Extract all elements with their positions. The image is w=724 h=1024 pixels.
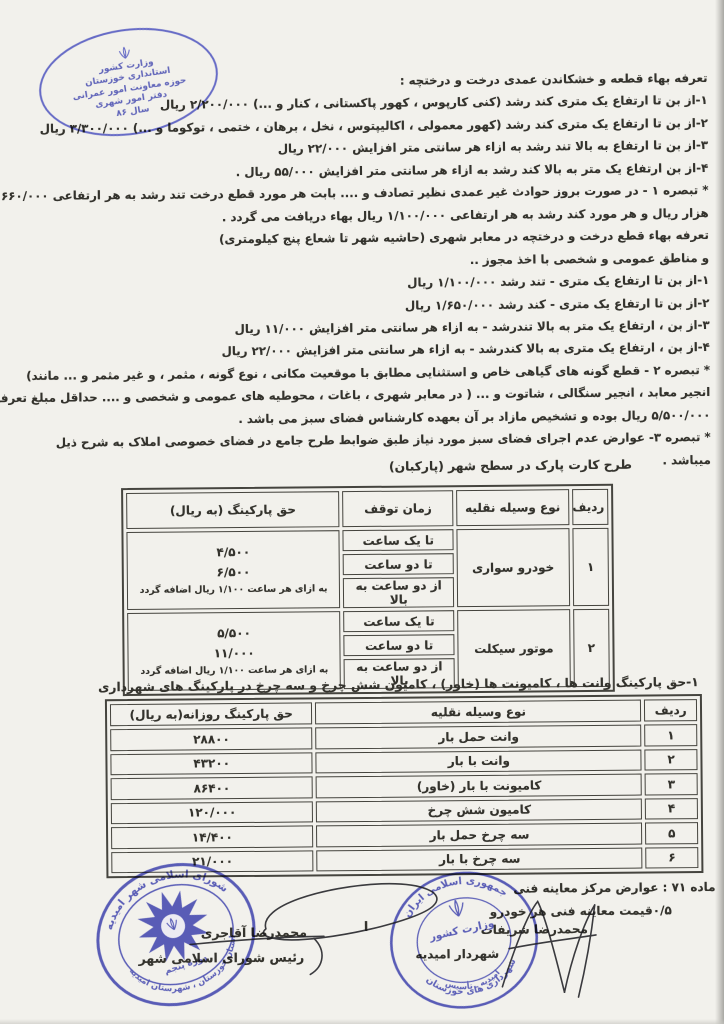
fee-note: به ازای هر ساعت ۱/۱۰۰ ریال اضافه گردد	[132, 662, 338, 680]
vehicle-cell: کامیونت با بار (خاور)	[316, 774, 642, 798]
row-number-cell: ۱	[645, 724, 698, 746]
time-cell: از دو ساعت به بالا	[343, 577, 454, 608]
vehicle-cell: وانت با بار	[316, 749, 642, 773]
fee-cell: ۲۸۸۰۰	[110, 727, 313, 750]
scan-edge-right	[715, 0, 724, 1024]
header-cell: ردیف	[644, 699, 697, 721]
table-header-row: ردیف نوع وسیله نقلیه حق پارکینگ روزانه(ب…	[110, 699, 697, 726]
header-cell: ردیف	[572, 489, 609, 525]
fee-cell: ۴۳۲۰۰	[110, 752, 313, 775]
row-number-cell: ۱	[572, 528, 609, 606]
row-number-cell: ۶	[646, 847, 699, 869]
time-cell: تا یک ساعت	[344, 610, 455, 632]
vehicle-cell: کامیون شش چرخ	[316, 798, 642, 822]
row-number-cell: ۲	[645, 749, 698, 771]
table-row: ۲ وانت با بار ۴۳۲۰۰	[110, 749, 697, 776]
time-cell: تا یک ساعت	[343, 529, 454, 551]
table-row: ۳ کامیونت با بار (خاور) ۸۶۴۰۰	[111, 773, 698, 800]
mayor-signature	[578, 905, 596, 997]
municipality-round-stamp: جمهوری اسلامی ایران وزارت کشور شهرداری ه…	[374, 854, 553, 1024]
council-stamp-term-text: دوره پنجم	[163, 953, 209, 977]
row-number-cell: ۳	[645, 773, 698, 795]
fee-cell: ۱۲۰/۰۰۰	[111, 801, 314, 824]
fee-hour2: ۶/۵۰۰	[131, 561, 337, 583]
table-row: ۱ خودرو سواری تا یک ساعت ۴/۵۰۰ ۶/۵۰۰ به …	[126, 528, 608, 553]
header-cell: حق پارکینگ (به ریال)	[126, 491, 340, 529]
article-71-line: ماده ۷۱ : عوارض مرکز معاینه فنی	[513, 880, 715, 896]
iran-emblem-icon	[448, 899, 465, 918]
table-header-row: ردیف نوع وسیله نقلیه زمان توقف حق پارکین…	[126, 489, 608, 529]
vehicle-cell: سه چرخ حمل بار	[316, 823, 642, 847]
fee-hour1: ۵/۵۰۰	[131, 622, 337, 644]
parking-card-table-title: طرح کارت پارک در سطح شهر (پارکبان)	[389, 458, 632, 474]
table-row: ۵ سه چرخ حمل بار ۱۴/۴۰۰	[111, 822, 698, 849]
council-head-signature	[310, 938, 322, 974]
time-cell: تا دو ساعت	[343, 553, 454, 575]
fee-note: به ازای هر ساعت ۱/۱۰۰ ریال اضافه گردد	[131, 581, 337, 599]
time-cell: تا دو ساعت	[344, 634, 455, 656]
table-row: ۴ کامیون شش چرخ ۱۲۰/۰۰۰	[111, 798, 698, 825]
header-cell: نوع وسیله نقلیه	[456, 489, 569, 526]
vehicle-cell: خودرو سواری	[457, 528, 570, 607]
header-cell: حق پارکینگ روزانه(به ریال)	[110, 702, 313, 726]
paper-sheet: تعرفه بهاء قطعه و خشکاندن عمدی درخت و در…	[0, 0, 724, 1024]
scan-edge-bottom	[0, 1019, 724, 1024]
table-row: ۱ وانت حمل بار ۲۸۸۰۰	[110, 724, 697, 751]
municipality-stamp-ministry-text: وزارت کشور	[427, 917, 495, 943]
parking-card-table: ردیف نوع وسیله نقلیه زمان توقف حق پارکین…	[121, 484, 615, 696]
fee-cell: ۴/۵۰۰ ۶/۵۰۰ به ازای هر ساعت ۱/۱۰۰ ریال ا…	[126, 530, 340, 610]
fee-hour1: ۴/۵۰۰	[131, 541, 337, 563]
header-cell: نوع وسیله نقلیه	[315, 700, 641, 725]
row-number-cell: ۵	[645, 822, 698, 844]
header-cell: زمان توقف	[342, 490, 453, 527]
fee-cell: ۸۶۴۰۰	[111, 776, 314, 799]
vehicle-cell: وانت حمل بار	[316, 725, 642, 749]
row-number-cell: ۴	[645, 798, 698, 820]
fee-hour2: ۱۱/۰۰۰	[131, 642, 337, 664]
table-row: ۲ موتور سیکلت تا یک ساعت ۵/۵۰۰ ۱۱/۰۰۰ به…	[127, 609, 609, 634]
scanned-document-page: تعرفه بهاء قطعه و خشکاندن عمدی درخت و در…	[0, 0, 724, 1024]
ink-mark: ا	[364, 920, 369, 935]
